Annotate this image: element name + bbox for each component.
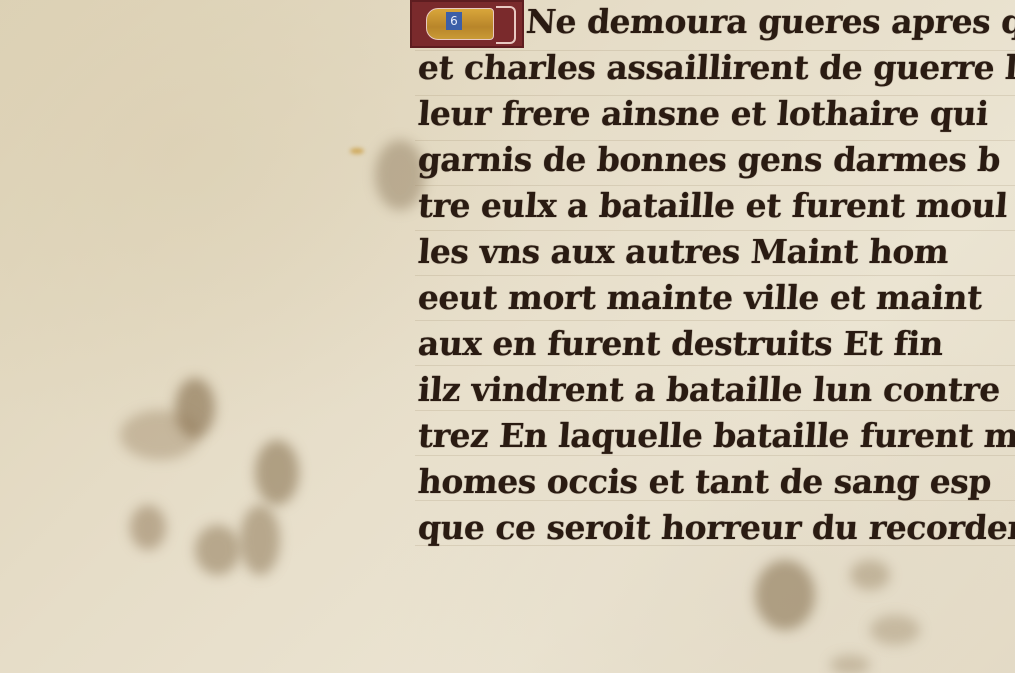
stain-thumbprint	[195, 525, 240, 575]
initial-blue-ornament: 6	[446, 12, 462, 30]
text-line: homes occis et tant de sang esp	[417, 462, 993, 501]
stain-thumbprint	[130, 505, 166, 550]
initial-gold-field: 6	[426, 8, 494, 40]
ruling-line	[415, 230, 1015, 231]
text-line: aux en furent destruits Et fin	[417, 324, 945, 363]
stain-thumbprint	[830, 655, 870, 673]
stain-thumbprint	[755, 560, 815, 630]
ruling-line	[415, 455, 1015, 456]
ruling-line	[415, 275, 1015, 276]
stain-thumbprint	[255, 440, 299, 505]
stain-thumbprint	[850, 560, 890, 590]
ruling-line	[415, 320, 1015, 321]
stain-thumbprint	[120, 410, 200, 460]
text-line: que ce seroit horreur du recorder	[417, 508, 1015, 547]
initial-frame	[496, 6, 516, 44]
text-line: ilz vindrent a bataille lun contre	[417, 370, 1002, 409]
stain-spot	[350, 148, 364, 154]
ruling-line	[415, 410, 1015, 411]
stain-thumbprint	[240, 505, 280, 575]
text-line: leur frere ainsne et lothaire qui	[417, 94, 990, 133]
text-line: eeut mort mainte ville et maint	[417, 278, 984, 317]
text-line: et charles assaillirent de guerre l	[417, 48, 1015, 87]
text-line: garnis de bonnes gens darmes b	[417, 140, 1002, 179]
ruling-line	[415, 365, 1015, 366]
text-line: Ne demoura gueres apres q	[525, 2, 1015, 41]
stain-thumbprint	[870, 615, 920, 645]
illuminated-initial: 6	[410, 0, 524, 48]
text-line: trez En laquelle bataille furent m	[417, 416, 1015, 455]
text-line: tre eulx a bataille et furent moul	[417, 186, 1009, 225]
text-line: les vns aux autres Maint hom	[417, 232, 950, 271]
